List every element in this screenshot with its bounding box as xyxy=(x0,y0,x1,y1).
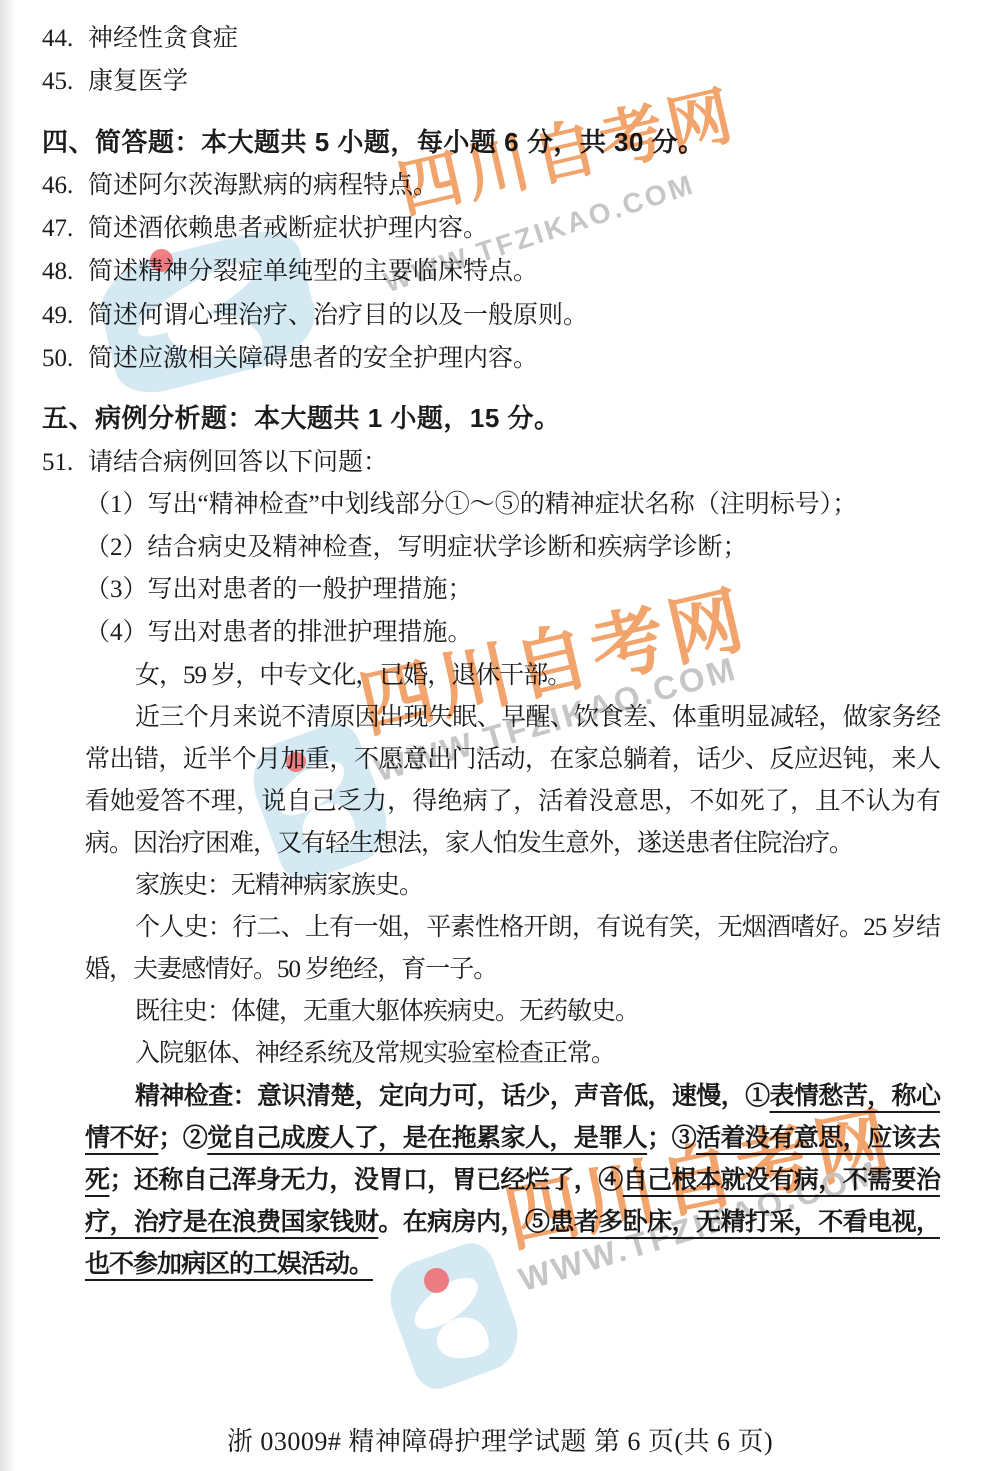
question-text: 康复医学 xyxy=(88,68,188,95)
question-item: 50.简述应激相关障碍患者的安全护理内容。 xyxy=(42,337,942,380)
question-text: 请结合病例回答以下问题： xyxy=(88,449,388,476)
case-paragraph: 入院躯体、神经系统及常规实验室检查正常。 xyxy=(85,1033,940,1075)
term-question-list: 44.神经性贪食症 45.康复医学 xyxy=(42,17,942,104)
question-text: 简述酒依赖患者戒断症状护理内容。 xyxy=(88,215,488,242)
question-number: 50. xyxy=(42,337,88,380)
mental-exam-segment: ； xyxy=(158,1125,182,1152)
question-text: 简述阿尔茨海默病的病程特点。 xyxy=(88,172,438,199)
case-description: 女，59 岁，中专文化，已婚，退休干部。 近三个月来说不清原因出现失眠、早醒、饮… xyxy=(42,655,942,1075)
question-number: 46. xyxy=(42,164,88,207)
question-text: 简述何谓心理治疗、治疗目的以及一般原则。 xyxy=(88,302,588,329)
scan-edge-shadow xyxy=(0,0,16,1471)
case-paragraph: 既往史：体健，无重大躯体疾病史。无药敏史。 xyxy=(85,991,940,1033)
mental-exam-segment: ； xyxy=(647,1125,671,1152)
mental-exam-segment: ④ xyxy=(598,1167,622,1194)
mental-exam-segment: 意识清楚，定向力可，话少，声音低，速慢， xyxy=(257,1083,745,1110)
case-paragraph: 个人史：行二、上有一姐，平素性格开朗，有说有笑，无烟酒嗜好。25 岁结婚，夫妻感… xyxy=(85,907,940,991)
question-item: 45.康复医学 xyxy=(42,60,942,103)
question-number: 48. xyxy=(42,250,88,293)
mental-exam-segment: ⑤ xyxy=(525,1209,549,1236)
question-item: 48.简述精神分裂症单纯型的主要临床特点。 xyxy=(42,250,942,293)
mental-exam-label: 精神检查： xyxy=(135,1082,257,1110)
mental-exam-segments: 意识清楚，定向力可，话少，声音低，速慢，①表情愁苦，称心情不好；②觉自己成废人了… xyxy=(85,1083,940,1278)
mental-exam-segment: 。在病房内， xyxy=(378,1209,525,1236)
case-paragraph: 近三个月来说不清原因出现失眠、早醒、饮食差、体重明显减轻，做家务经常出错，近半个… xyxy=(85,697,940,865)
question-number: 45. xyxy=(42,60,88,103)
subquestion-item: （1）写出“精神检查”中划线部分①～⑤的精神症状名称（注明标号）； xyxy=(85,484,942,527)
case-paragraph: 家族史：无精神病家族史。 xyxy=(85,865,940,907)
page-footer: 浙 03009# 精神障碍护理学试题 第 6 页(共 6 页) xyxy=(0,1421,1000,1458)
question-item-51: 51.请结合病例回答以下问题： xyxy=(42,441,942,484)
mental-exam-segment: ② xyxy=(182,1125,207,1152)
mental-exam-segment: 觉自己成废人了，是在拖累家人，是罪人 xyxy=(207,1125,647,1152)
short-answer-question-list: 46.简述阿尔茨海默病的病程特点。 47.简述酒依赖患者戒断症状护理内容。 48… xyxy=(42,164,942,380)
section-heading-short-answer: 四、简答题：本大题共 5 小题，每小题 6 分，共 30 分。 xyxy=(42,121,942,164)
mental-exam-segment: ；还称自己浑身无力，没胃口，胃已经烂了， xyxy=(109,1167,598,1194)
subquestion-list: （1）写出“精神检查”中划线部分①～⑤的精神症状名称（注明标号）； （2）结合病… xyxy=(42,484,942,655)
exam-paper-page: 四川自考网 WWW.TFZIKAO.COM 四川自考网 WWW.TFZIKAO.… xyxy=(0,0,1000,1471)
subquestion-item: （3）写出对患者的一般护理措施； xyxy=(85,569,942,612)
mental-exam-segment: ① xyxy=(745,1083,769,1110)
subquestion-item: （2）结合病史及精神检查，写明症状学诊断和疾病学诊断； xyxy=(85,527,942,570)
question-text: 简述应激相关障碍患者的安全护理内容。 xyxy=(88,345,538,372)
question-number: 49. xyxy=(42,294,88,337)
case-paragraph: 女，59 岁，中专文化，已婚，退休干部。 xyxy=(85,655,940,697)
question-text: 神经性贪食症 xyxy=(88,25,238,52)
mental-exam-paragraph: 精神检查：意识清楚，定向力可，话少，声音低，速慢，①表情愁苦，称心情不好；②觉自… xyxy=(85,1075,940,1286)
question-item: 47.简述酒依赖患者戒断症状护理内容。 xyxy=(42,207,942,250)
subquestion-item: （4）写出对患者的排泄护理措施。 xyxy=(85,612,942,655)
section-heading-case-analysis: 五、病例分析题：本大题共 1 小题，15 分。 xyxy=(42,397,942,440)
question-item: 49.简述何谓心理治疗、治疗目的以及一般原则。 xyxy=(42,294,942,337)
question-number: 47. xyxy=(42,207,88,250)
question-item: 44.神经性贪食症 xyxy=(42,17,942,60)
question-number: 51. xyxy=(42,441,88,484)
question-item: 46.简述阿尔茨海默病的病程特点。 xyxy=(42,164,942,207)
exam-content: 44.神经性贪食症 45.康复医学 四、简答题：本大题共 5 小题，每小题 6 … xyxy=(42,17,942,1286)
mental-exam-segment: ③ xyxy=(671,1125,696,1152)
question-text: 简述精神分裂症单纯型的主要临床特点。 xyxy=(88,258,538,285)
question-number: 44. xyxy=(42,17,88,60)
